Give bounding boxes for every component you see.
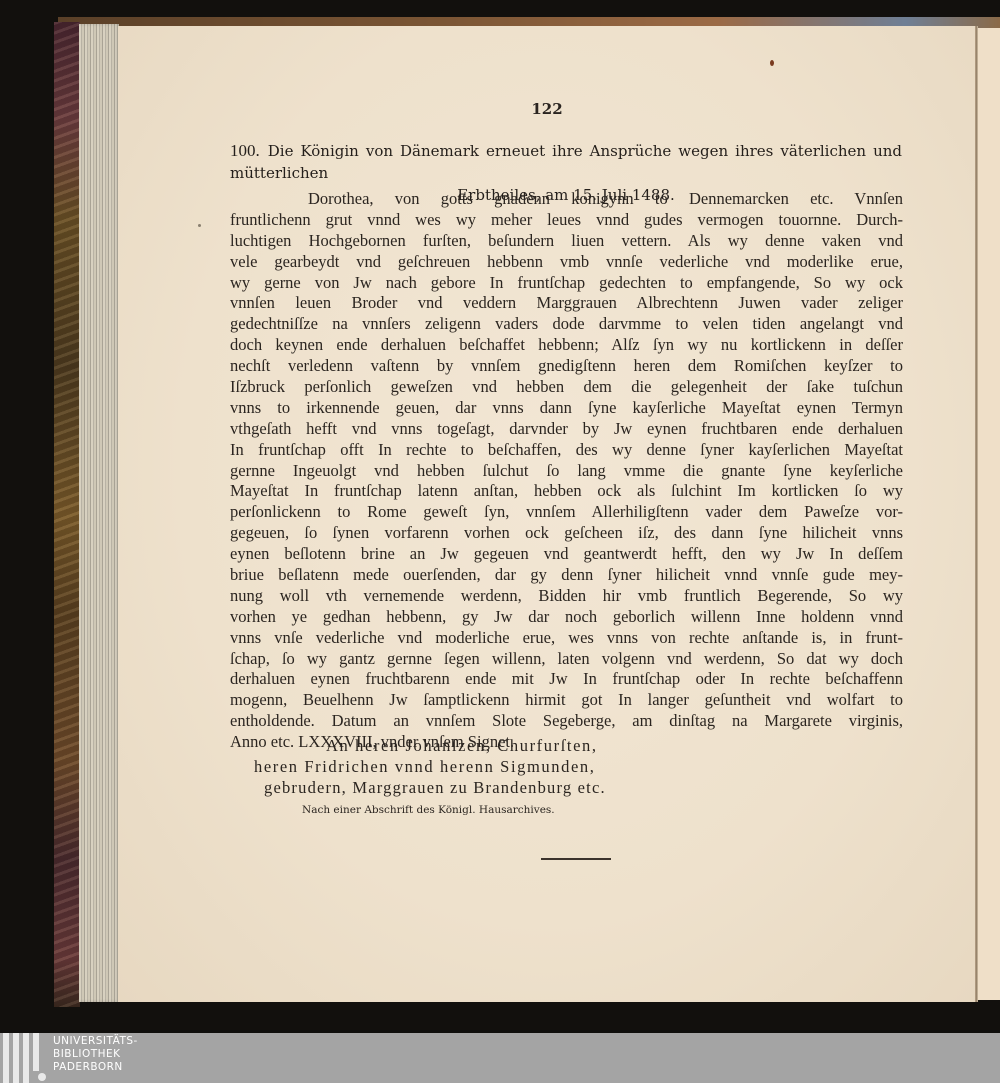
body-line: Mayeſtat In fruntſchap latenn anſtan, he… xyxy=(230,481,903,502)
body-line: entholdende. Datum an vnnſem Slote Segeb… xyxy=(230,711,903,732)
body-line: derhaluen eynen fruchtbarenn ende mit Jw… xyxy=(230,669,903,690)
library-logo-text: UNIVERSITÄTS- BIBLIOTHEK PADERBORN xyxy=(53,1035,138,1074)
book-cover-marbled-edge xyxy=(54,22,80,1007)
facing-page-edge xyxy=(978,28,1000,1000)
page-number: 122 xyxy=(118,100,976,118)
body-line: Dorothea, von gotts gnadenn konigynn to … xyxy=(230,189,903,210)
body-line: In fruntſchap offt In rechte to beſchaff… xyxy=(230,440,903,461)
letter-body: Dorothea, von gotts gnadenn konigynn to … xyxy=(230,189,903,753)
heading-line-1: Die Königin von Dänemark erneuet ihre An… xyxy=(230,142,902,182)
address-line: heren Fridrichen vnnd herenn Sigmunden, xyxy=(230,756,606,777)
body-line: vele gearbeydt vnd geſchreuen hebbenn vm… xyxy=(230,252,903,273)
source-note: Nach einer Abschrift des Königl. Hausarc… xyxy=(302,804,555,816)
body-line: vnns vnſe vederliche vnd moderliche erue… xyxy=(230,628,903,649)
body-line: gernne Ingeuolgt vnd hebben ſulchut ſo l… xyxy=(230,461,903,482)
body-line: vnns to irkennende geuen, dar vnns dann … xyxy=(230,398,903,419)
body-line: vthgeſath hefft vnd vnns togeſagt, darvn… xyxy=(230,419,903,440)
page-stack-edges xyxy=(79,24,119,1002)
logo-line: BIBLIOTHEK xyxy=(53,1048,138,1061)
body-line: doch keynen ende derhaluen beſchaffet he… xyxy=(230,335,903,356)
letter-address: An heren Johanſzen, Churfurſten, heren F… xyxy=(230,735,606,798)
body-line: briue beſlatenn mede ouerſenden, dar gy … xyxy=(230,565,903,586)
body-line: vnnſen leuen Broder vnd veddern Marggrau… xyxy=(230,293,903,314)
body-line: wy gerne von Jw nach gebore In fruntſcha… xyxy=(230,273,903,294)
address-line: An heren Johanſzen, Churfurſten, xyxy=(230,735,606,756)
scan-background: 122 100.Die Königin von Dänemark erneuet… xyxy=(0,0,1000,1030)
logo-line: PADERBORN xyxy=(53,1061,138,1074)
library-footer: UNIVERSITÄTS- BIBLIOTHEK PADERBORN xyxy=(0,1033,1000,1083)
library-logo-icon xyxy=(0,1033,44,1083)
body-line: eynen beſlotenn brine an Jw gegeuen vnd … xyxy=(230,544,903,565)
body-line: gedechtniſſze na vnnſers zeligenn vaders… xyxy=(230,314,903,335)
body-line: fruntlichenn grut vnnd wes wy meher leue… xyxy=(230,210,903,231)
section-divider xyxy=(541,858,611,860)
body-line: gegeuen, ſo ſynen vorfarenn vorhen ock g… xyxy=(230,523,903,544)
paper-stain xyxy=(770,60,774,66)
body-line: vorhen ye gedhan hebbenn, gy Jw dar noch… xyxy=(230,607,903,628)
body-line: Iſzbruck perſonlich geweſzen vnd hebben … xyxy=(230,377,903,398)
body-line: perſonlickenn to Rome geweſt ſyn, vnnſem… xyxy=(230,502,903,523)
address-line: gebrudern, Marggrauen zu Brandenburg etc… xyxy=(230,777,606,798)
body-line: mogenn, Beuelhenn Jw ſamptlickenn hirmit… xyxy=(230,690,903,711)
body-line: nechſt verledenn vaſtenn by vnnſem gnedi… xyxy=(230,356,903,377)
body-line: ſchap, ſo wy gantz gernne ſegen willenn,… xyxy=(230,649,903,670)
body-line: luchtigen Hochgebornen furſten, beſunder… xyxy=(230,231,903,252)
paper-speck xyxy=(198,224,201,227)
body-line: nung woll vth vernemende werdenn, Bidden… xyxy=(230,586,903,607)
document-number: 100. xyxy=(230,141,260,160)
logo-line: UNIVERSITÄTS- xyxy=(53,1035,138,1048)
